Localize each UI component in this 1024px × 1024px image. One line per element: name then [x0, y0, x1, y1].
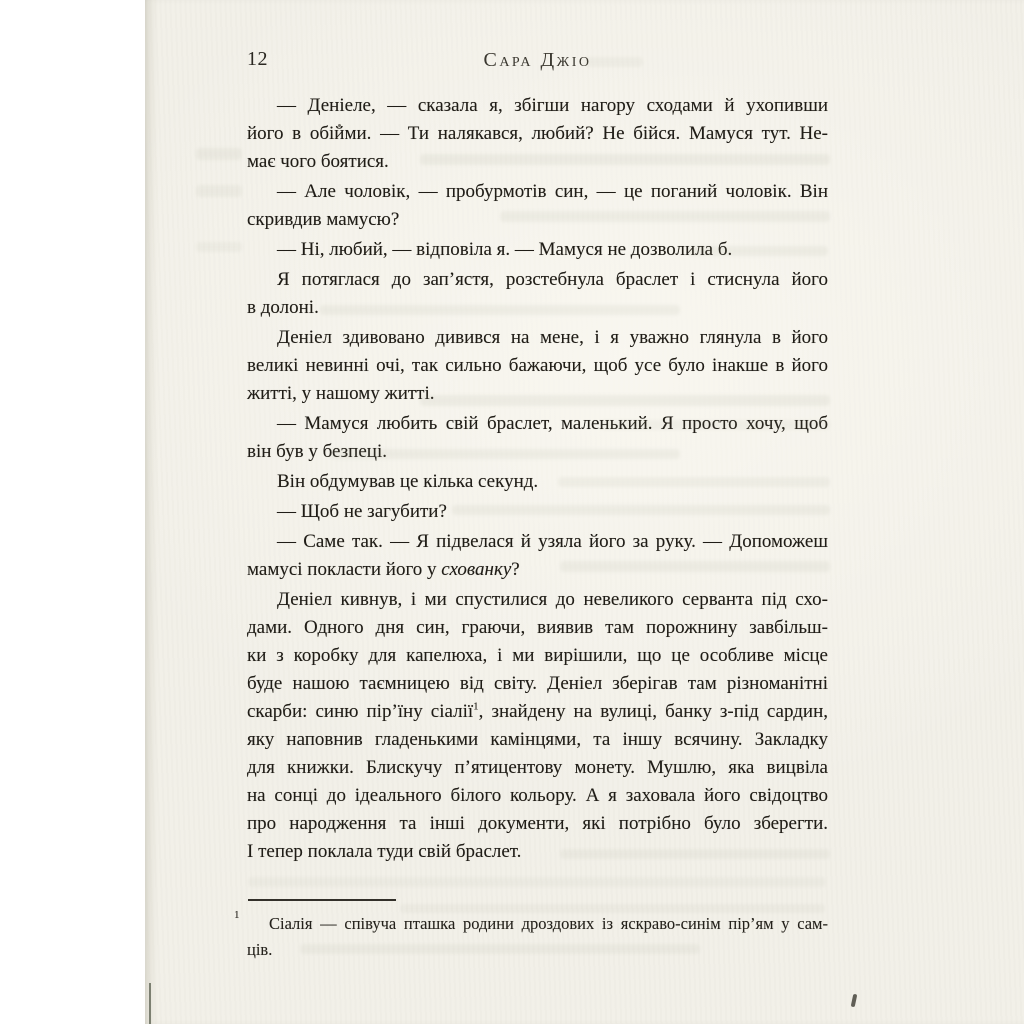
- text-line: яку наповнив гладенькими камінцями, та і…: [247, 726, 828, 754]
- running-header: Сара Джіо: [247, 49, 828, 72]
- bleed-through-artifact: [560, 561, 830, 572]
- text-line: буде нашою таємницею від світу. Деніел з…: [247, 670, 828, 698]
- footnote-text: Сіалія — співуча пташка родини дроздових…: [247, 911, 828, 963]
- bleed-through-artifact: [452, 505, 830, 515]
- text-line: — Деніеле, — сказала я, збігши нагору сх…: [247, 92, 828, 120]
- footnote-separator: [248, 899, 396, 901]
- bleed-through-artifact: [330, 449, 680, 459]
- text-line: для книжки. Блискучу п’ятицентову монету…: [247, 754, 828, 782]
- bleed-through-artifact: [320, 305, 680, 315]
- bleed-through-artifact: [420, 395, 830, 406]
- text-line: Я потяглася до зап’ястя, розстебнула бра…: [247, 266, 828, 294]
- bleed-through-artifact: [558, 477, 830, 487]
- paragraph: — Саме так. — Я підвелася й узяла його з…: [247, 528, 828, 584]
- paragraph: — Але чоловік, — пробурмотів син, — це п…: [247, 178, 828, 234]
- bleed-through-artifact: [248, 877, 826, 887]
- text-line: дами. Одного дня син, граючи, виявив там…: [247, 614, 828, 642]
- footnote: 1 Сіалія — співуча пташка родини дроздов…: [247, 911, 828, 963]
- text-line: Деніел кивнув, і ми спустилися до невели…: [247, 586, 828, 614]
- paragraph: Деніел кивнув, і ми спустилися до невели…: [247, 586, 828, 866]
- text-line: великі невинні очі, так сильно бажаючи, …: [247, 352, 828, 380]
- bleed-through-artifact: [560, 849, 830, 859]
- bleed-through-artifact: [196, 185, 242, 197]
- text-line: — Але чоловік, — пробурмотів син, — це п…: [247, 178, 828, 206]
- bleed-through-artifact: [196, 148, 242, 160]
- page-header: 12 Сара Джіо: [247, 48, 828, 74]
- book-page-scan: 12 Сара Джіо — Деніеле, — сказала я, збі…: [0, 0, 1024, 1024]
- bleed-through-artifact: [600, 420, 830, 430]
- page-edge-line: [149, 983, 151, 1024]
- text-line: Деніел здивовано дивився на мене, і я ув…: [247, 324, 828, 352]
- text-line: скарби: синю пір’їну сіалії1, знайдену н…: [247, 698, 828, 726]
- bleed-through-artifact: [688, 246, 828, 256]
- ink-dot: [338, 124, 341, 127]
- bleed-through-artifact: [400, 904, 825, 913]
- text-line: — Саме так. — Я підвелася й узяла його з…: [247, 528, 828, 556]
- bleed-through-artifact: [500, 211, 830, 222]
- ink-speck: [851, 994, 858, 1008]
- bleed-through-artifact: [196, 242, 242, 252]
- bleed-through-artifact: [300, 944, 700, 954]
- bleed-through-artifact: [585, 57, 643, 67]
- bleed-through-artifact: [420, 154, 830, 165]
- text-line: ки з коробку для капелюха, і ми вирішили…: [247, 642, 828, 670]
- text-line: про народження та інші документи, які по…: [247, 810, 828, 838]
- text-line: його в обійми. — Ти налякався, любий? Не…: [247, 120, 828, 148]
- page: 12 Сара Джіо — Деніеле, — сказала я, збі…: [145, 0, 1024, 1024]
- text-line: на сонці до ідеального білого кольору. А…: [247, 782, 828, 810]
- footnote-line: Сіалія — співуча пташка родини дроздових…: [247, 911, 828, 937]
